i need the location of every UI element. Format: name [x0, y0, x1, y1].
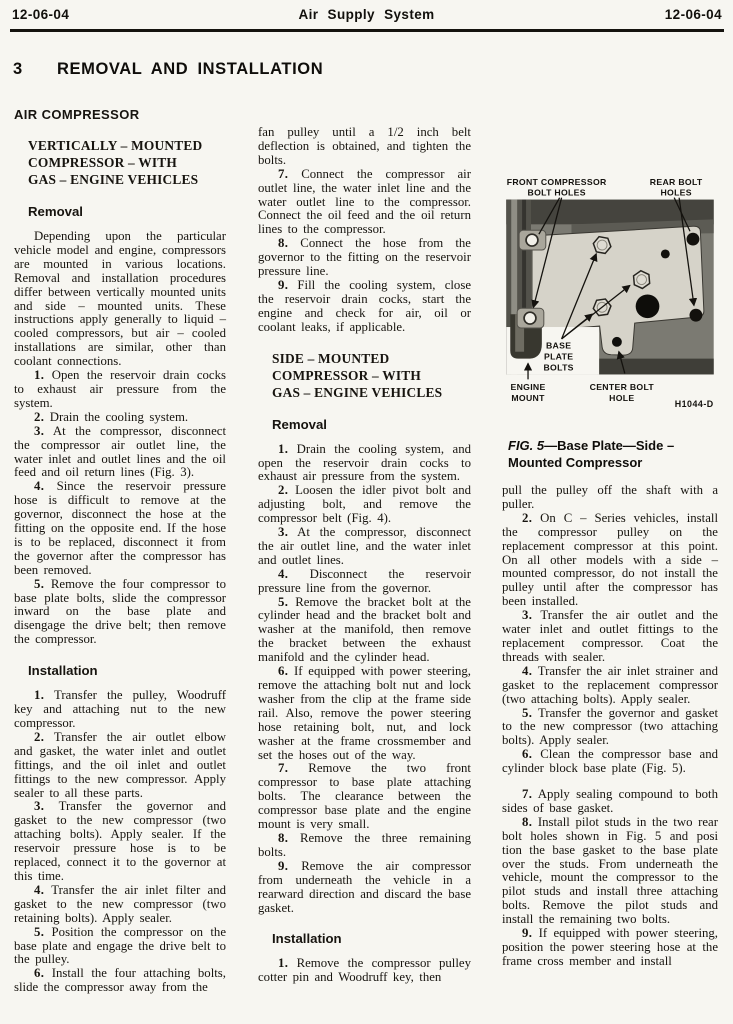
base-plate-photo: FRONT COMPRESSOR BOLT HOLES REAR BOLT HO…	[502, 170, 718, 409]
step-number: 6.	[278, 664, 288, 678]
step-number: 9.	[278, 278, 288, 292]
front-bolt-hole-top	[526, 234, 538, 246]
step-number: 4.	[522, 664, 532, 678]
procedure-step: 6. If equipped with power steering, remo…	[258, 665, 471, 762]
large-hole	[636, 294, 660, 318]
step-number: 7.	[522, 787, 532, 801]
step-number: 6.	[522, 747, 532, 761]
sub-heading: Installation	[14, 663, 226, 678]
step-number: 5.	[34, 925, 44, 939]
label-center-line1: CENTER BOLT	[590, 382, 655, 392]
rear-bolt-hole-top	[687, 233, 700, 246]
step-number: 2.	[34, 410, 44, 424]
photo-bottom-band	[597, 359, 714, 375]
procedure-step: 4. Transfer the air inlet filter and gas…	[14, 884, 226, 926]
section-heading: 3REMOVAL AND INSTALLATION	[13, 60, 323, 79]
procedure-step: 1. Remove the compressor pulley cotter p…	[258, 957, 471, 985]
step-number: 4.	[278, 567, 288, 581]
step-number: 3.	[34, 799, 44, 813]
procedure-step: 7. Connect the compressor air outlet lin…	[258, 168, 471, 238]
figure-caption: FIG. 5—Base Plate—Side – Mounted Compres…	[502, 438, 688, 471]
step-number: 4.	[34, 479, 44, 493]
label-front-line1: FRONT COMPRESSOR	[507, 177, 607, 187]
section-title: REMOVAL AND INSTALLATION	[57, 60, 323, 78]
step-number: 8.	[278, 831, 288, 845]
column-3-text: pull the pulley off the shaft with a pul…	[502, 484, 718, 969]
procedure-step: 9. If equipped with power steering, posi…	[502, 927, 718, 969]
procedure-step: 6. Clean the compressor base and cylinde…	[502, 748, 718, 776]
procedure-step: 2. Loosen the idler pivot bolt and adjus…	[258, 484, 471, 526]
procedure-title: SIDE – MOUNTEDCOMPRESSOR – WITHGAS – ENG…	[258, 350, 471, 401]
procedure-step: 5. Transfer the governor and gasket to t…	[502, 707, 718, 749]
step-number: 3.	[522, 608, 532, 622]
procedure-step: 3. Transfer the governor and gasket to t…	[14, 800, 226, 883]
step-number: 8.	[522, 815, 532, 829]
manual-page: 12-06-04 Air Supply System 12-06-04 3REM…	[0, 0, 733, 1024]
column-1: AIR COMPRESSORVERTICALLY – MOUNTEDCOMPRE…	[14, 107, 226, 995]
step-number: 1.	[34, 688, 44, 702]
step-number: 1.	[278, 442, 288, 456]
group-heading: AIR COMPRESSOR	[14, 107, 226, 122]
procedure-step: 1. Open the reservoir drain cocks to exh…	[14, 369, 226, 411]
procedure-step: 9. Remove the air compressor from undern…	[258, 860, 471, 916]
procedure-step: 8. Remove the three remaining bolts.	[258, 832, 471, 860]
procedure-title: VERTICALLY – MOUNTEDCOMPRESSOR – WITHGAS…	[14, 137, 226, 188]
sub-heading: Removal	[258, 417, 471, 432]
label-center-line2: HOLE	[609, 393, 634, 403]
step-number: 7.	[278, 761, 288, 775]
front-bolt-hole-bottom	[524, 312, 536, 324]
step-number: 9.	[522, 926, 532, 940]
page-title: Air Supply System	[0, 7, 733, 22]
sub-heading: Installation	[258, 931, 471, 946]
label-base-line1: BASE	[546, 341, 571, 351]
page-number-right: 12-06-04	[665, 7, 722, 22]
sub-heading: Removal	[14, 204, 226, 219]
figure-code: H1044-D	[675, 399, 714, 409]
step-number: 5.	[34, 577, 44, 591]
step-number: 5.	[522, 706, 532, 720]
procedure-step: 8. Connect the hose from the governor to…	[258, 237, 471, 279]
procedure-step: 8. Install pilot studs in the two rear b…	[502, 816, 718, 927]
step-number: 8.	[278, 236, 288, 250]
label-base-line2: PLATE	[544, 352, 573, 362]
label-base-line3: BOLTS	[544, 362, 574, 372]
step-number: 4.	[34, 883, 44, 897]
procedure-step: 4. Disconnect the reservoir pressure lin…	[258, 568, 471, 596]
rear-bolt-hole-bottom	[690, 309, 703, 322]
small-hole	[661, 250, 670, 259]
procedure-step: 5. Position the compressor on the base p…	[14, 926, 226, 968]
label-engine-line1: ENGINE	[510, 382, 545, 392]
step-number: 6.	[34, 966, 44, 980]
procedure-step: 5. Remove the four compressor to base pl…	[14, 578, 226, 648]
body-paragraph: Depending upon the particular vehicle mo…	[14, 230, 226, 369]
step-number: 2.	[278, 483, 288, 497]
procedure-step: 9. Fill the cooling system, close the re…	[258, 279, 471, 335]
step-number: 9.	[278, 859, 288, 873]
column-3: FRONT COMPRESSOR BOLT HOLES REAR BOLT HO…	[502, 170, 718, 969]
step-number: 1.	[34, 368, 44, 382]
procedure-step: 6. Install the four attaching bolts, sli…	[14, 967, 226, 995]
procedure-step: 7. Remove the two front compressor to ba…	[258, 762, 471, 832]
procedure-step: 3. At the compressor, disconnect the air…	[258, 526, 471, 568]
center-bolt-hole	[612, 337, 622, 347]
procedure-step: 5. Remove the bracket bolt at the cylind…	[258, 596, 471, 666]
step-number: 7.	[278, 167, 288, 181]
body-paragraph: fan pulley until a 1/2 inch belt deflect…	[258, 126, 471, 168]
procedure-step: 7. Apply sealing compound to both sides …	[502, 788, 718, 816]
figure-base-plate: FRONT COMPRESSOR BOLT HOLES REAR BOLT HO…	[502, 170, 718, 471]
procedure-step: 3. Transfer the air outlet and the water…	[502, 609, 718, 665]
procedure-step: 2. On C – Series vehicles, install the c…	[502, 512, 718, 609]
label-engine-line2: MOUNT	[511, 393, 545, 403]
label-rear-line2: HOLES	[660, 188, 691, 198]
step-number: 2.	[34, 730, 44, 744]
procedure-step: 2. Drain the cooling system.	[14, 411, 226, 425]
procedure-step: 4. Since the reservoir pressure hose is …	[14, 480, 226, 577]
label-rear-line1: REAR BOLT	[650, 177, 703, 187]
step-number: 2.	[522, 511, 532, 525]
procedure-step: 2. Transfer the air outlet elbow and gas…	[14, 731, 226, 801]
section-number: 3	[13, 60, 57, 79]
procedure-step: 1. Transfer the pulley, Woodruff key and…	[14, 689, 226, 731]
column-2: fan pulley until a 1/2 inch belt deflect…	[258, 126, 471, 985]
step-number: 3.	[34, 424, 44, 438]
step-number: 3.	[278, 525, 288, 539]
header-rule	[10, 29, 724, 32]
procedure-step: 3. At the compressor, disconnect the com…	[14, 425, 226, 481]
procedure-step: 1. Drain the cooling system, and open th…	[258, 443, 471, 485]
body-paragraph: pull the pulley off the shaft with a pul…	[502, 484, 718, 512]
step-number: 1.	[278, 956, 288, 970]
procedure-step: 4. Transfer the air inlet strainer and g…	[502, 665, 718, 707]
step-number: 5.	[278, 595, 288, 609]
label-front-line2: BOLT HOLES	[528, 188, 586, 198]
figure-number: FIG. 5	[508, 438, 544, 453]
